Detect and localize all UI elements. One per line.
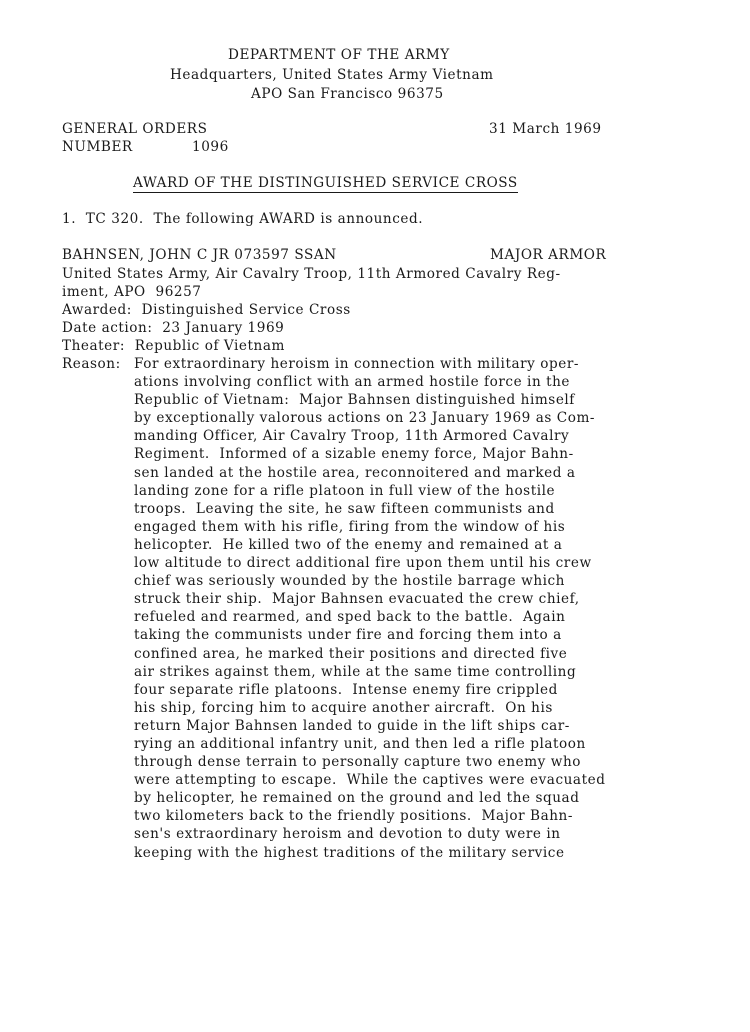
reason-line: low altitude to direct additional fire u… — [134, 554, 694, 572]
reason-line: keeping with the highest traditions of t… — [134, 844, 694, 862]
reason-line: four separate rifle platoons. Intense en… — [134, 681, 694, 699]
department-heading: DEPARTMENT OF THE ARMY — [228, 46, 450, 64]
reason-line: taking the communists under fire and for… — [134, 626, 694, 644]
awarded-line: Awarded: Distinguished Service Cross — [62, 301, 351, 319]
reason-text: For extraordinary heroism in connection … — [134, 355, 694, 862]
theater-line: Theater: Republic of Vietnam — [62, 337, 285, 355]
general-orders-number-label: NUMBER — [62, 138, 133, 156]
reason-line: engaged them with his rifle, firing from… — [134, 518, 694, 536]
reason-line: For extraordinary heroism in connection … — [134, 355, 694, 373]
reason-line: sen landed at the hostile area, reconnoi… — [134, 464, 694, 482]
apo-address: APO San Francisco 96375 — [251, 85, 444, 103]
reason-line: return Major Bahnsen landed to guide in … — [134, 717, 694, 735]
reason-line: by helicopter, he remained on the ground… — [134, 789, 694, 807]
reason-line: troops. Leaving the site, he saw fifteen… — [134, 500, 694, 518]
headquarters-line: Headquarters, United States Army Vietnam — [170, 66, 494, 84]
reason-line: ations involving conflict with an armed … — [134, 373, 694, 391]
reason-label: Reason: — [62, 355, 121, 373]
reason-line: his ship, forcing him to acquire another… — [134, 699, 694, 717]
reason-line: sen's extraordinary heroism and devotion… — [134, 825, 694, 843]
reason-line: through dense terrain to personally capt… — [134, 753, 694, 771]
reason-line: Regiment. Informed of a sizable enemy fo… — [134, 445, 694, 463]
reason-line: manding Officer, Air Cavalry Troop, 11th… — [134, 427, 694, 445]
date-action-line: Date action: 23 January 1969 — [62, 319, 284, 337]
document-page: DEPARTMENT OF THE ARMY Headquarters, Uni… — [0, 0, 750, 1032]
award-title: AWARD OF THE DISTINGUISHED SERVICE CROSS — [133, 175, 518, 193]
reason-line: confined area, he marked their positions… — [134, 645, 694, 663]
reason-line: Republic of Vietnam: Major Bahnsen disti… — [134, 391, 694, 409]
reason-line: were attempting to escape. While the cap… — [134, 771, 694, 789]
recipient-name: BAHNSEN, JOHN C JR 073597 SSAN — [62, 246, 337, 264]
reason-line: struck their ship. Major Bahnsen evacuat… — [134, 590, 694, 608]
recipient-unit-line-1: United States Army, Air Cavalry Troop, 1… — [62, 265, 561, 283]
general-orders-label: GENERAL ORDERS — [62, 120, 207, 138]
reason-line: two kilometers back to the friendly posi… — [134, 807, 694, 825]
reason-line: helicopter. He killed two of the enemy a… — [134, 536, 694, 554]
paragraph-1: 1. TC 320. The following AWARD is announ… — [62, 210, 423, 228]
general-orders-number: 1096 — [192, 138, 229, 156]
reason-line: chief was seriously wounded by the hosti… — [134, 572, 694, 590]
recipient-unit-line-2: iment, APO 96257 — [62, 283, 202, 301]
reason-line: landing zone for a rifle platoon in full… — [134, 482, 694, 500]
recipient-rank: MAJOR ARMOR — [490, 246, 606, 264]
reason-line: rying an additional infantry unit, and t… — [134, 735, 694, 753]
reason-line: air strikes against them, while at the s… — [134, 663, 694, 681]
reason-line: by exceptionally valorous actions on 23 … — [134, 409, 694, 427]
reason-line: refueled and rearmed, and sped back to t… — [134, 608, 694, 626]
order-date: 31 March 1969 — [489, 120, 602, 138]
